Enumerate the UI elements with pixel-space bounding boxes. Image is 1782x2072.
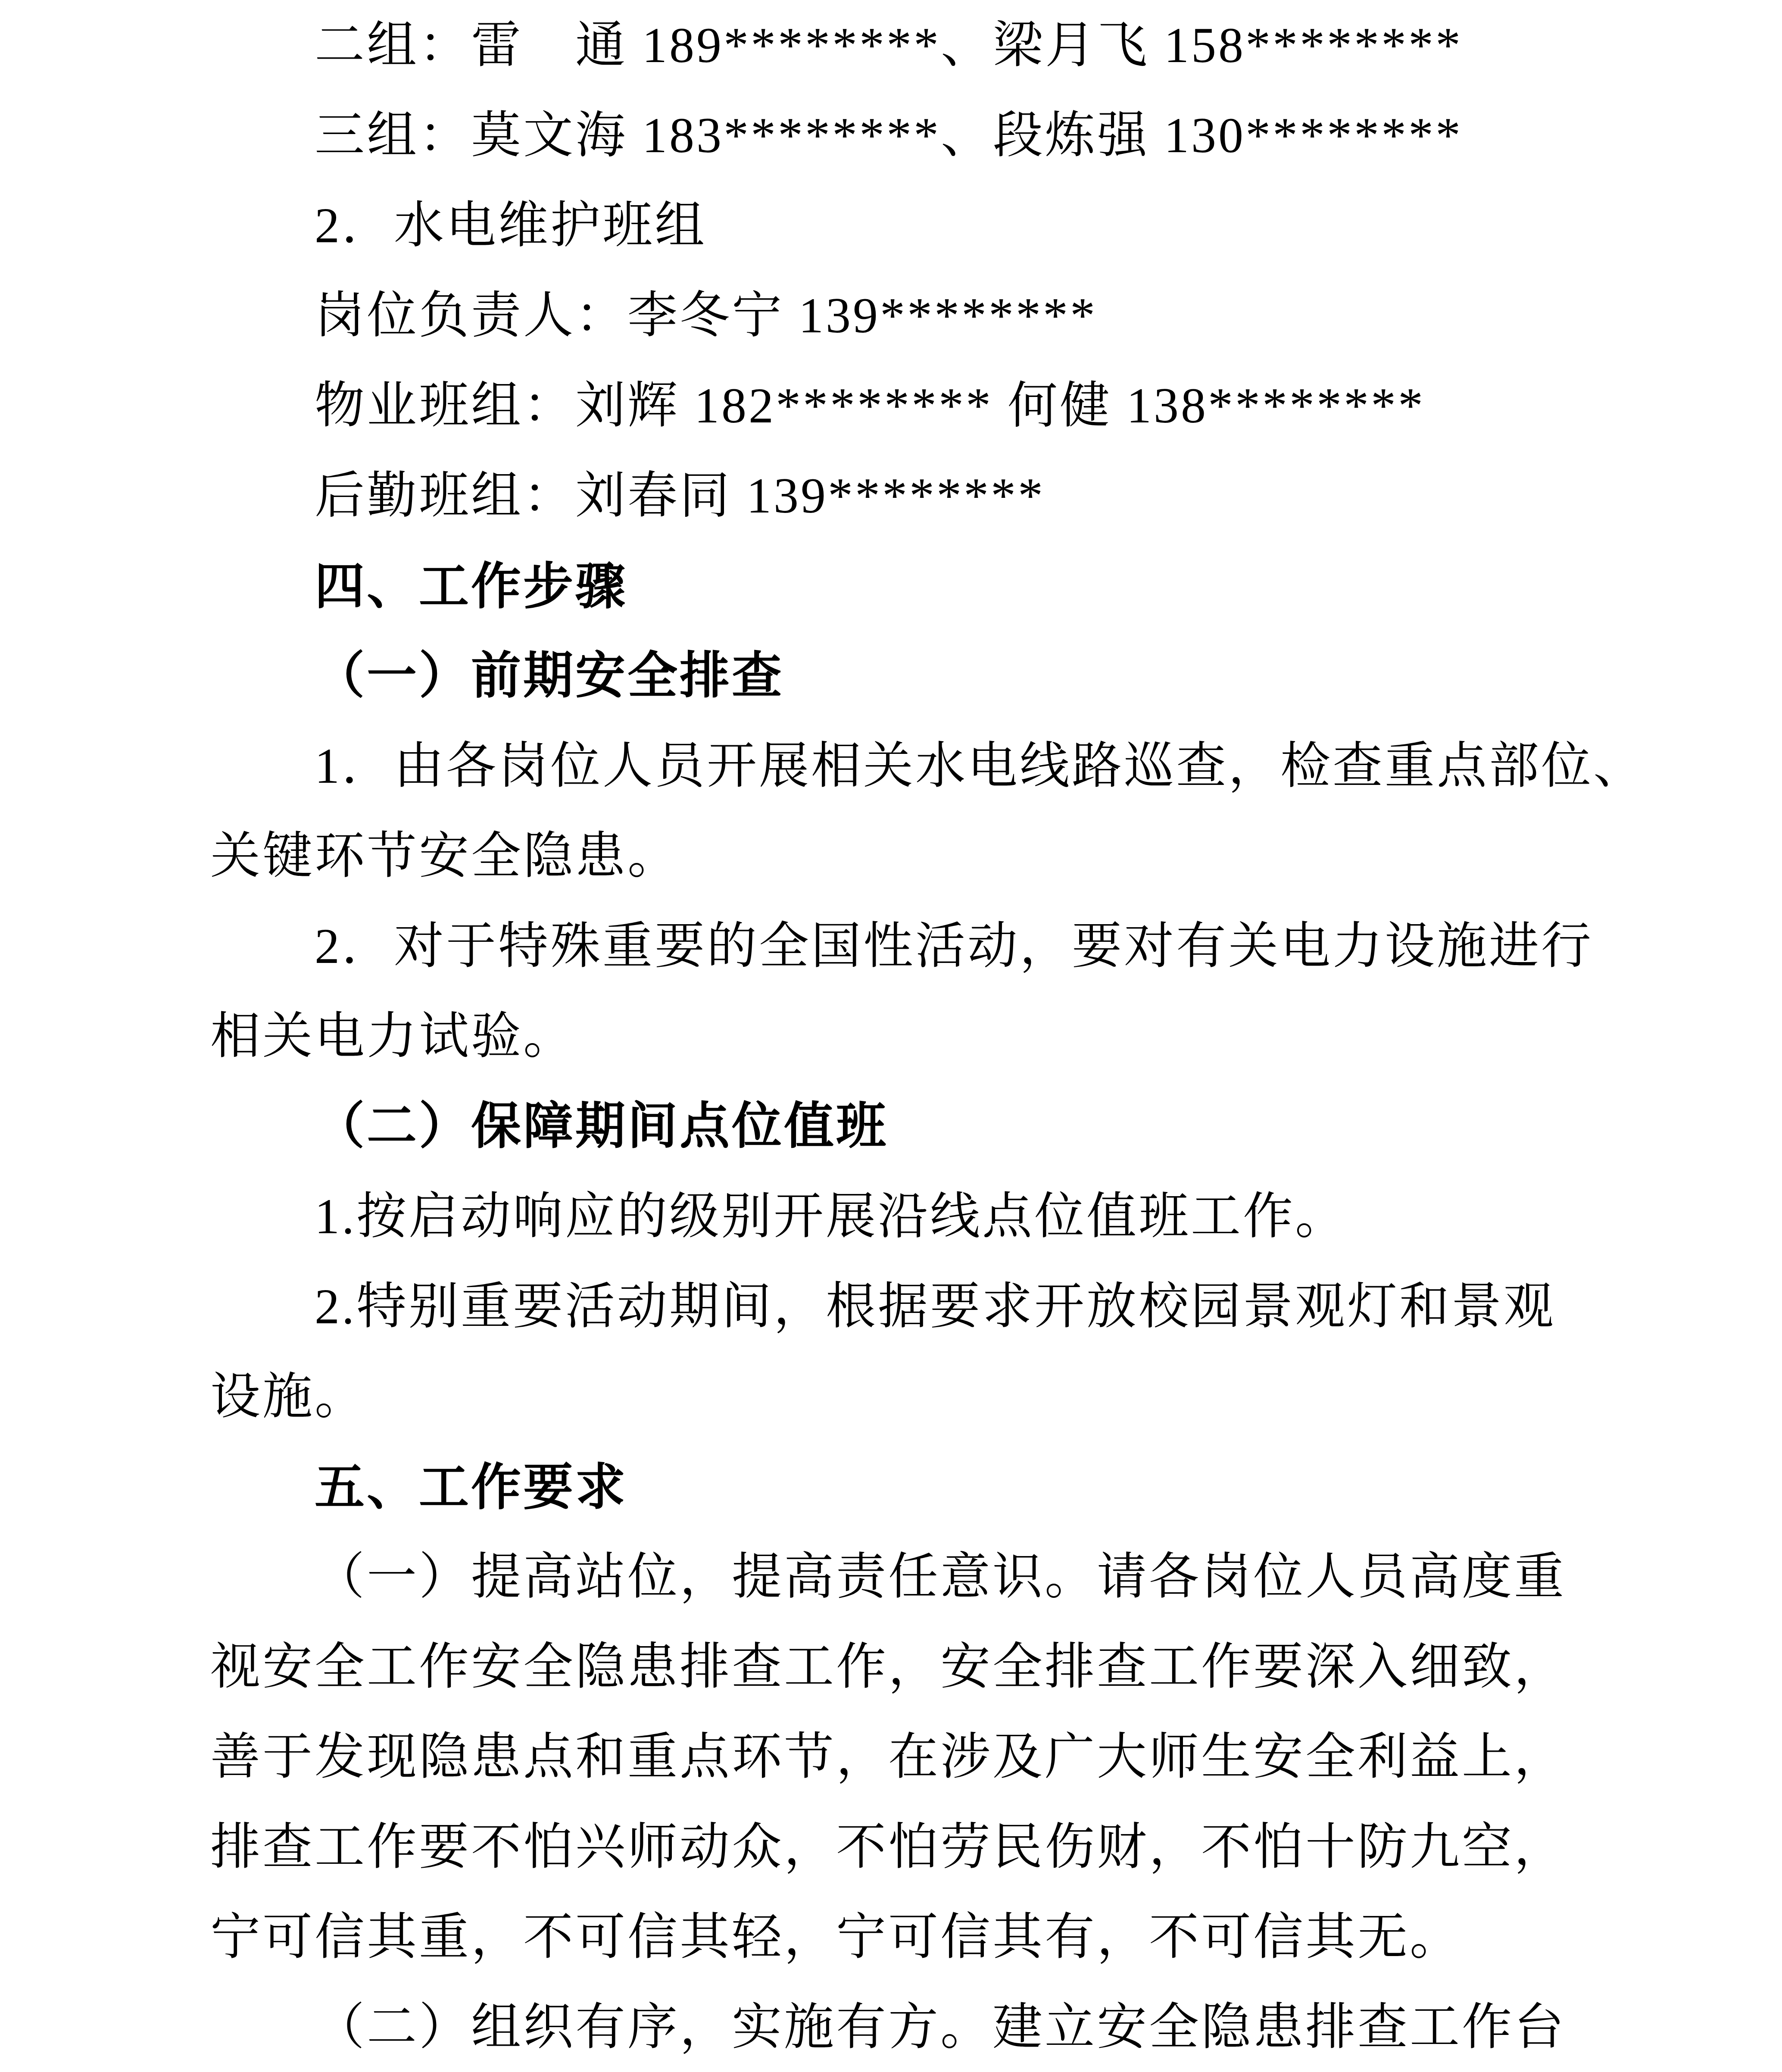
lines: 二组：雷 通 189********、梁月飞 158********三组：莫文海… — [210, 1, 1572, 2072]
text-line: 四、工作步骤 — [210, 541, 1572, 631]
text-line: 关键环节安全隐患。 — [210, 812, 1572, 902]
text-line: （二）组织有序，实施有方。建立安全隐患排查工作台 — [210, 1983, 1572, 2072]
text-line: 设施。 — [210, 1352, 1572, 1442]
text-line: 三组：莫文海 183********、段炼强 130******** — [210, 91, 1572, 181]
text-line: 1．由各岗位人员开展相关水电线路巡查，检查重点部位、 — [210, 722, 1572, 812]
text-line: 物业班组：刘辉 182******** 何健 138******** — [210, 361, 1572, 451]
text-line: 排查工作要不怕兴师动众，不怕劳民伤财，不怕十防九空， — [210, 1803, 1572, 1893]
text-line: （二）保障期间点位值班 — [210, 1082, 1572, 1172]
text-line: 2.特别重要活动期间，根据要求开放校园景观灯和景观 — [210, 1262, 1572, 1352]
document-body: 二组：雷 通 189********、梁月飞 158********三组：莫文海… — [0, 0, 1782, 2072]
text-line: 1.按启动响应的级别开展沿线点位值班工作。 — [210, 1172, 1572, 1262]
text-line: 视安全工作安全隐患排查工作，安全排查工作要深入细致， — [210, 1622, 1572, 1713]
text-line: 二组：雷 通 189********、梁月飞 158******** — [210, 1, 1572, 91]
text-line: （一）前期安全排查 — [210, 631, 1572, 722]
text-line: 2．对于特殊重要的全国性活动，要对有关电力设施进行 — [210, 902, 1572, 992]
text-line: （一）提高站位，提高责任意识。请各岗位人员高度重 — [210, 1532, 1572, 1622]
text-line: 岗位负责人：李冬宁 139******** — [210, 271, 1572, 361]
document-page: { "page": { "background": "#ffffff", "te… — [0, 0, 1782, 2072]
text-line: 相关电力试验。 — [210, 992, 1572, 1082]
text-line: 善于发现隐患点和重点环节，在涉及广大师生安全利益上， — [210, 1713, 1572, 1803]
text-line: 后勤班组：刘春同 139******** — [210, 451, 1572, 541]
text-line: 五、工作要求 — [210, 1442, 1572, 1532]
text-line: 宁可信其重，不可信其轻，宁可信其有，不可信其无。 — [210, 1893, 1572, 1983]
text-line: 2．水电维护班组 — [210, 181, 1572, 271]
